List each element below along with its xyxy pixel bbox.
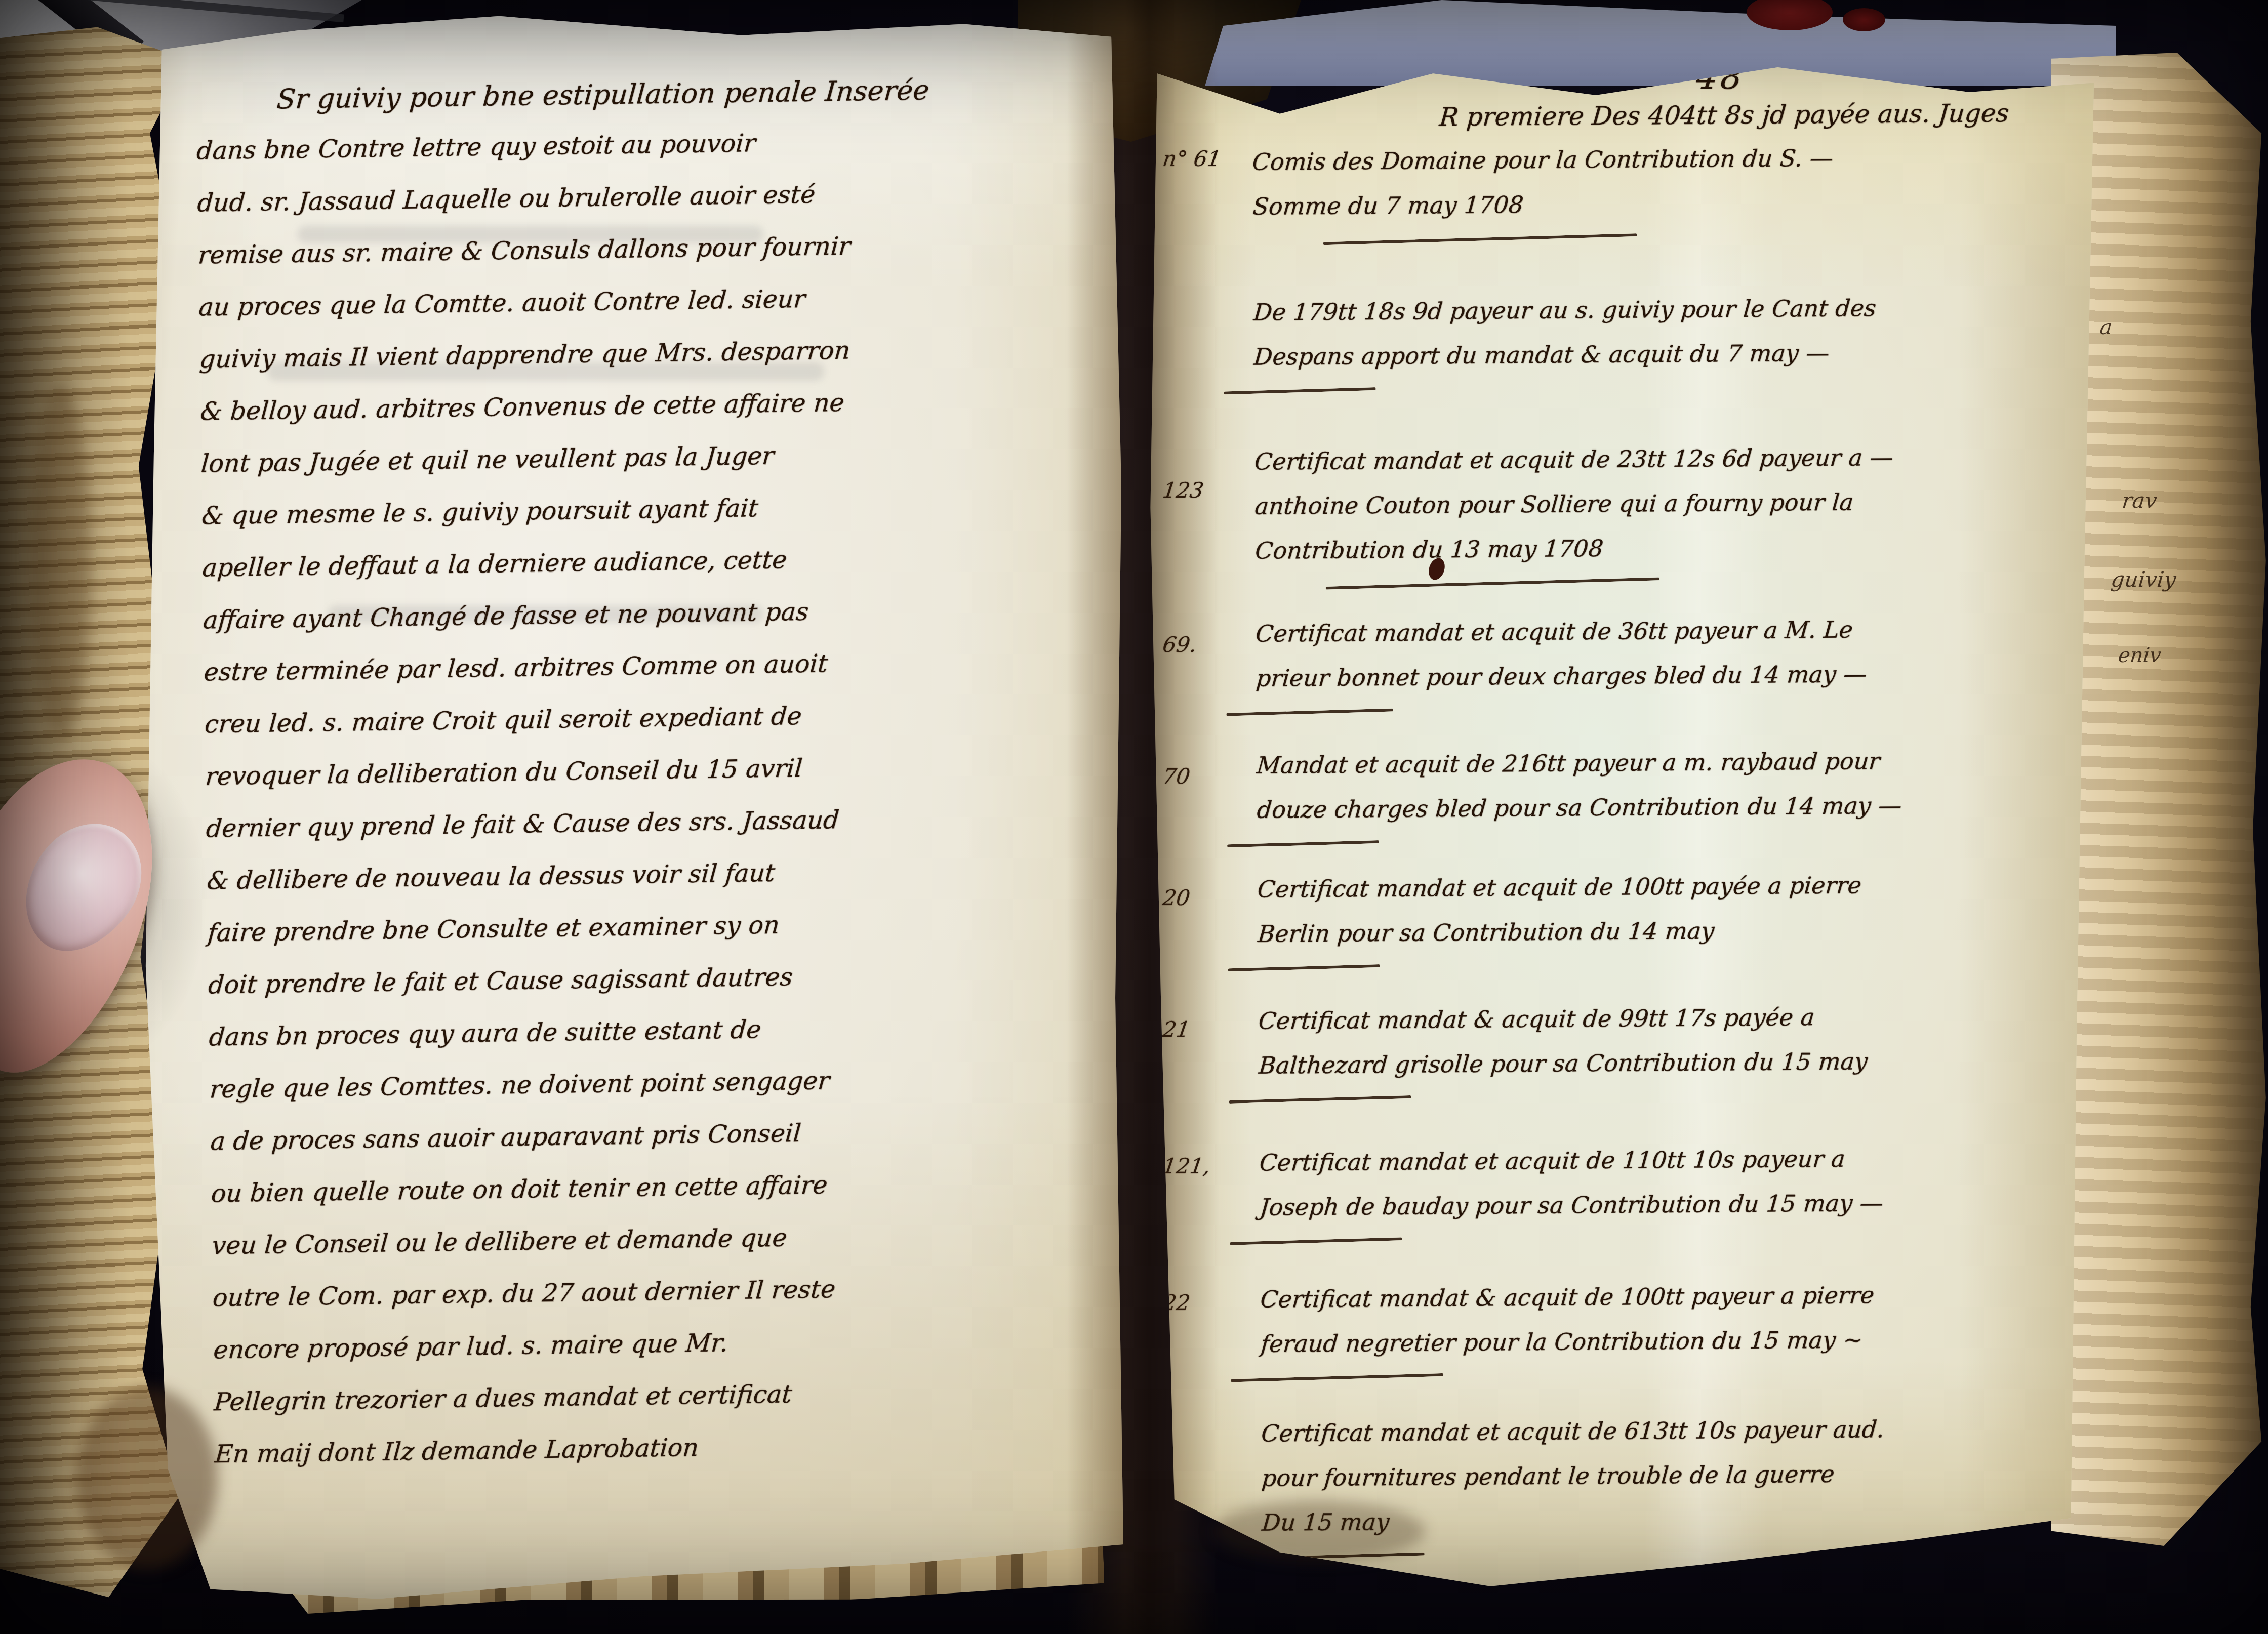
underline-flourish [1224,387,1376,394]
page-stain [76,1387,218,1569]
entry-line: Certificat mandat et acquit de 110tt 10s… [1257,1143,2111,1194]
entry-line: Certificat mandat et acquit de 36tt paye… [1253,614,2108,665]
entry-line: pour fournitures pendant le trouble de l… [1259,1458,2113,1509]
ledger-entry: Certificat mandat et acquit de 100tt pay… [1257,870,2108,965]
entry-line: anthoine Couton pour Solliere qui a four… [1252,486,2107,537]
entry-line: R premiere Des 404tt 8s jd payée aus. Ju… [1250,98,2104,148]
ledger-entry: Certificat mandat & acquit de 99tt 17s p… [1258,1001,2109,1096]
right-page: 48 R premiere Des 404tt 8s jd payée aus.… [1146,43,2103,1592]
ledger-entry: Certificat mandat et acquit de 110tt 10s… [1259,1143,2110,1238]
left-page: Sr guiviy pour bne estipullation penale … [115,8,1125,1605]
ledger-entry: Certificat mandat & acquit de 100tt paye… [1260,1280,2111,1375]
underline-flourish [1229,1095,1411,1104]
entry-line: Balthezard grisolle pour sa Contribution… [1257,1046,2111,1096]
manuscript-photo: a rav guiviy eniv Sr guiviy pour bne est… [0,0,2268,1634]
ledger-entry: Certificat mandat et acquit de 36tt paye… [1255,614,2106,709]
entry-line: Certificat mandat et acquit de 100tt pay… [1255,870,2109,920]
edge-text-fragment: eniv [2117,644,2163,667]
underline-flourish [1228,964,1380,971]
entry-line: Certificat mandat et acquit de 23tt 12s … [1252,442,2106,493]
red-wax-stain-small [1843,8,1885,31]
entry-line: De 179tt 18s 9d payeur au s. guiviy pour… [1251,293,2105,343]
page-stain [30,385,91,739]
margin-number: 22 [1161,1290,1192,1315]
underline-flourish [1230,1237,1402,1245]
entry-line: Berlin pour sa Contribution du 14 may [1255,914,2110,965]
margin-number: 21 [1161,1017,1192,1042]
edge-text-fragment: guiviy [2110,567,2177,592]
ledger-entry: De 179tt 18s 9d payeur au s. guiviy pour… [1253,293,2104,388]
entry-line: Joseph de bauday pour sa Contribution du… [1258,1188,2112,1238]
page-stain [1212,1501,1425,1562]
entry-line: Certificat mandat & acquit de 99tt 17s p… [1256,1001,2110,1052]
entry-line: Somme du 7 may 1708 [1250,187,2104,237]
entry-line: Despans apport du mandat & acquit du 7 m… [1251,337,2105,388]
entry-line: Mandat et acquit de 216tt payeur a m. ra… [1254,746,2109,796]
underline-flourish [1227,840,1379,847]
underline-flourish [1226,708,1393,716]
blue-paper-slip [1205,0,2116,86]
margin-number: 123 [1161,478,1205,503]
edge-text-fragment: a [2099,316,2114,339]
entry-line: Certificat mandat et acquit de 613tt 10s… [1259,1414,2113,1464]
entry-line: Comis des Domaine pour la Contribution d… [1250,142,2104,193]
margin-number: n° 61 [1161,146,1223,171]
entry-line: douze charges bled pour sa Contribution … [1254,790,2109,841]
ledger-entry: R premiere Des 404tt 8s jd payée aus. Ju… [1251,98,2103,237]
ledger-entry: Certificat mandat et acquit de 23tt 12s … [1254,442,2105,582]
edge-text-fragment: rav [2121,488,2158,513]
entry-line: feraud negretier pour la Contribution du… [1259,1324,2113,1375]
margin-number: 121, [1161,1154,1212,1178]
entry-line: Contribution du 13 may 1708 [1253,531,2107,582]
margin-number: 70 [1161,764,1192,789]
ledger-entry: Mandat et acquit de 216tt payeur a m. ra… [1256,746,2107,841]
entry-line: Certificat mandat & acquit de 100tt paye… [1258,1280,2112,1330]
margin-number: 69. [1161,632,1199,657]
left-page-paragraph: Sr guiviy pour bne estipullation penale … [195,72,1121,1492]
margin-number: 20 [1161,885,1192,910]
entry-line: prieur bonnet pour deux charges bled du … [1253,659,2108,709]
